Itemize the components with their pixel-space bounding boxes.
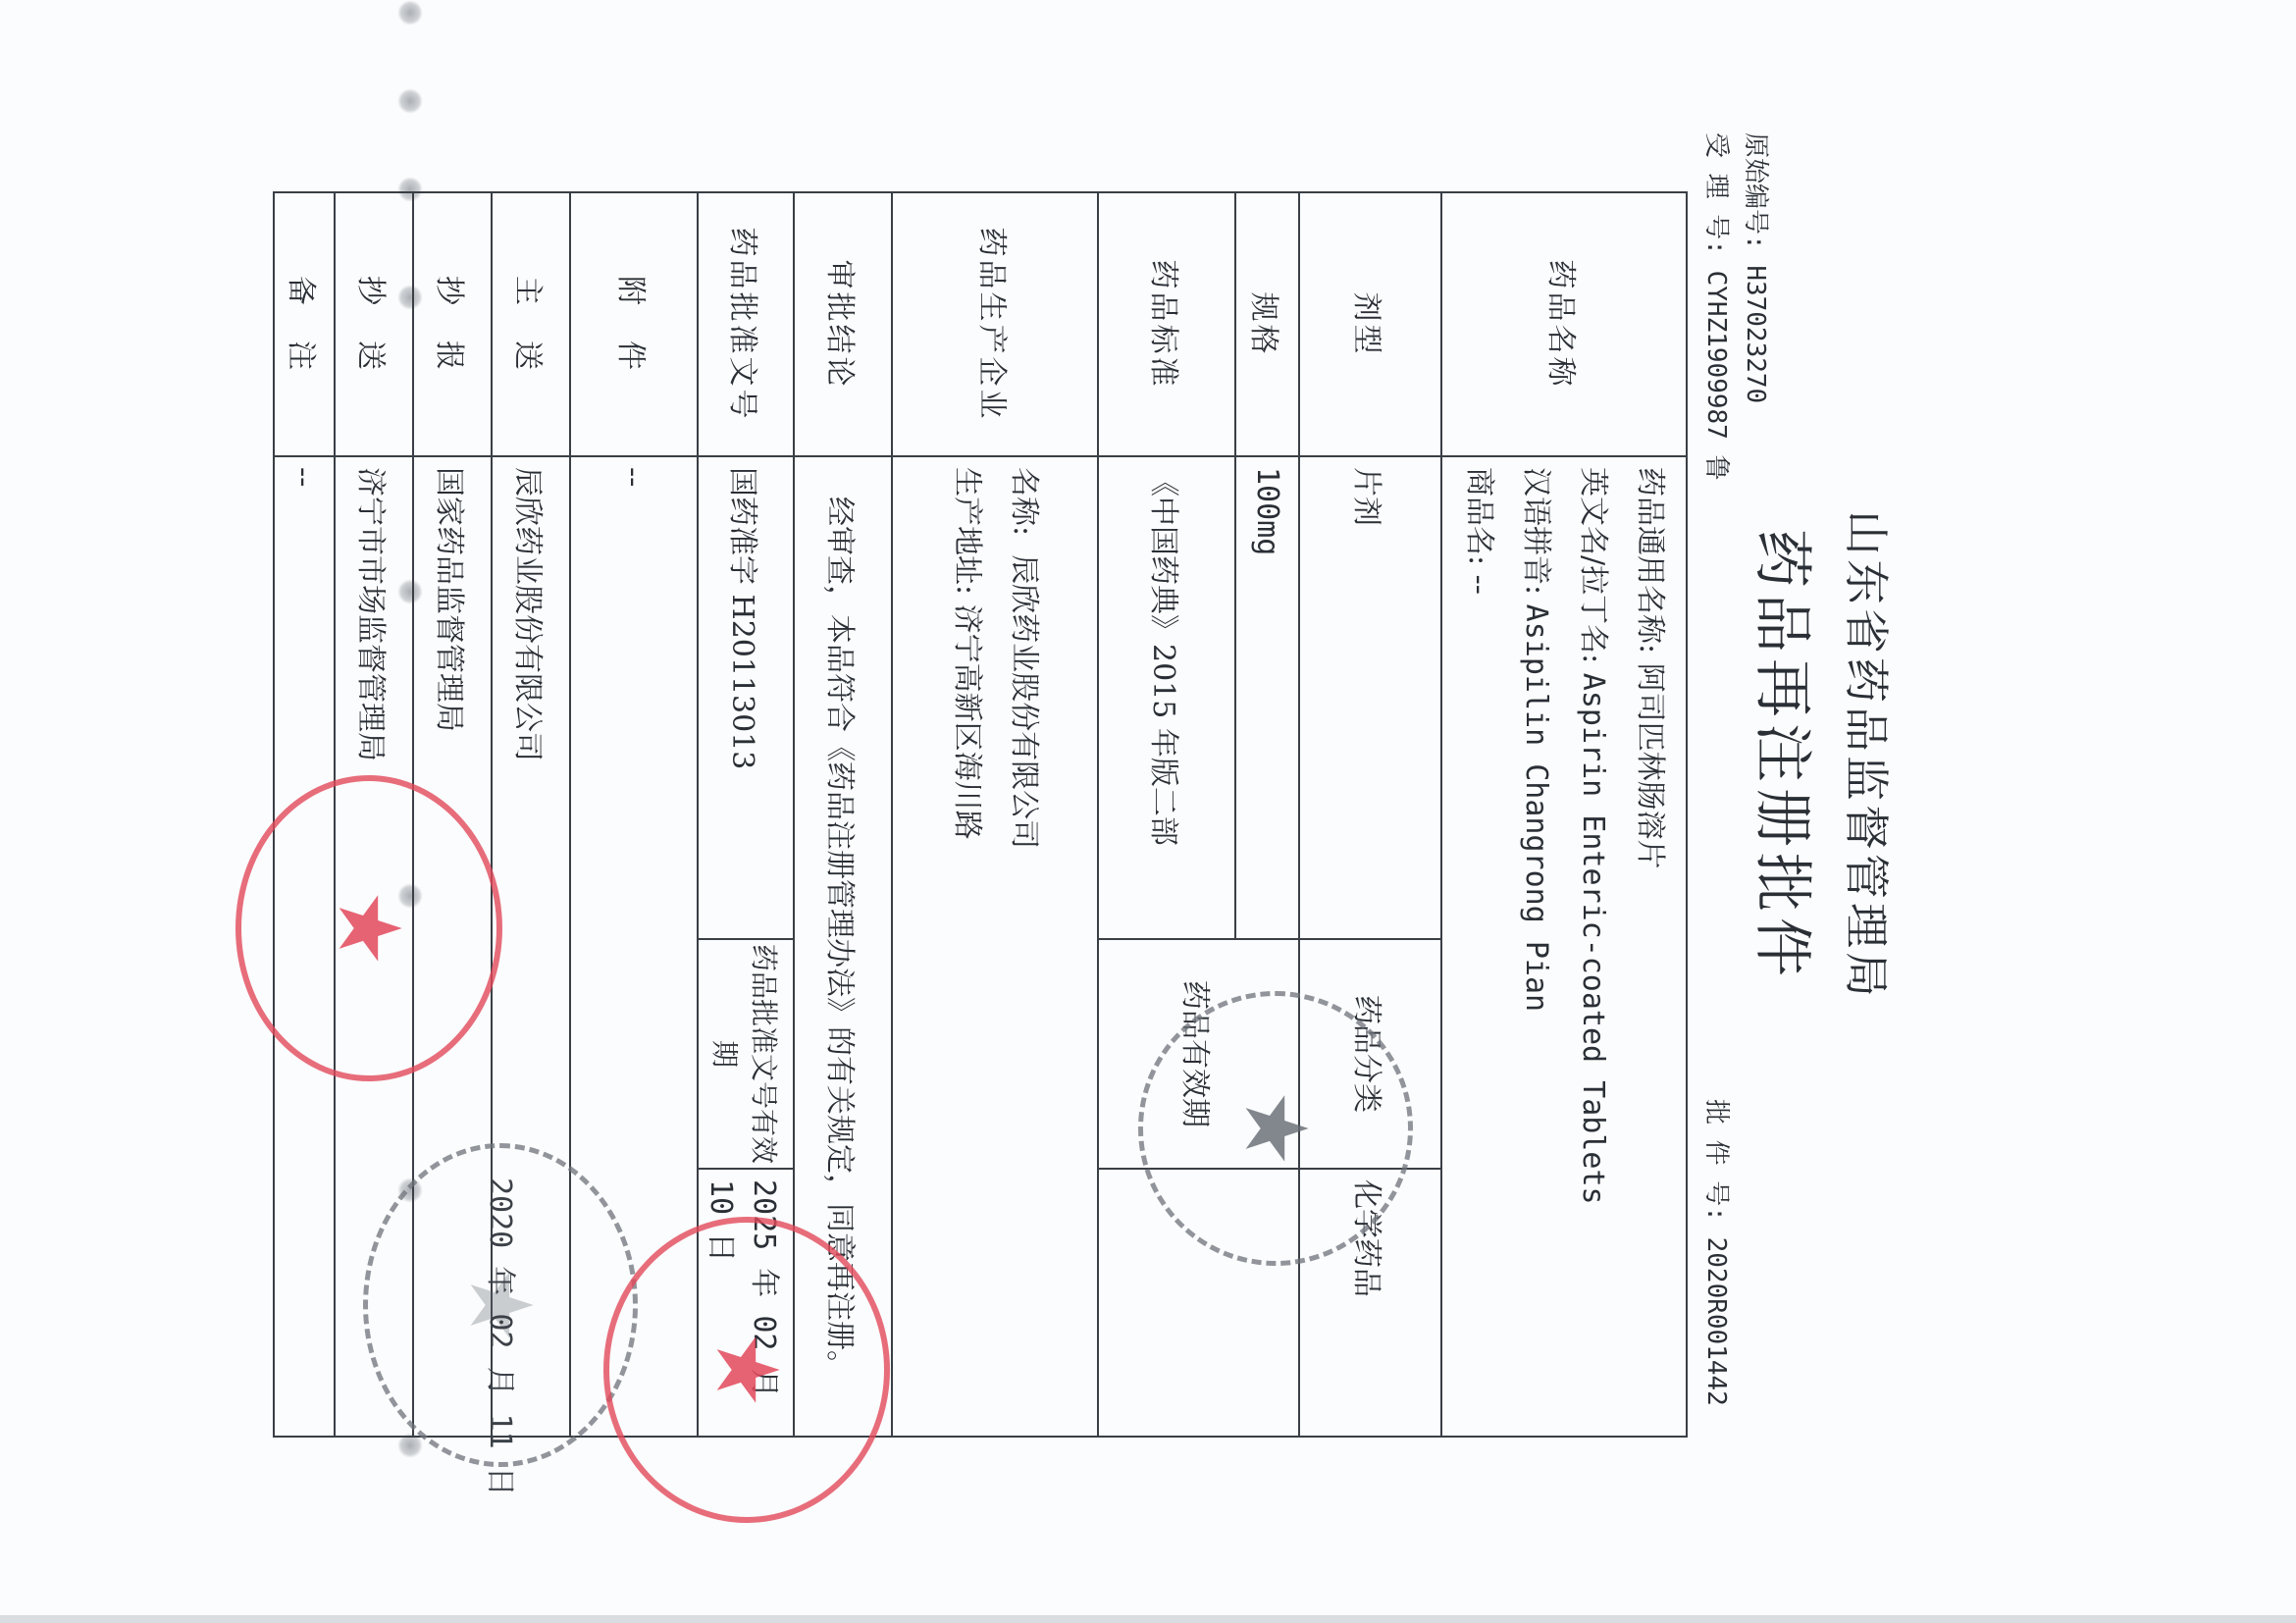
receipt-number: 受 理 号: CYHZ1909987 鲁 (1700, 132, 1737, 480)
agency-name: 山东省药品监督管理局 (1837, 39, 1902, 1472)
label-drug-name: 药品名称 (1441, 192, 1687, 456)
punch-hole-mark (397, 0, 423, 26)
label-attachment: 附 件 (570, 192, 698, 456)
label-approval-number: 药品批准文号 (698, 192, 794, 456)
label-main-recipient: 主 送 (492, 192, 570, 456)
company-seal-stamp: ★ (1138, 991, 1413, 1266)
label-standard: 药品标准 (1098, 192, 1235, 456)
row-drug-name: 药品名称 药品通用名称: 阿司匹林肠溶片 英文名/拉丁名: Aspirin En… (1441, 192, 1687, 1437)
value-dosage-form: 片剂 (1299, 456, 1441, 939)
value-drug-name: 药品通用名称: 阿司匹林肠溶片 英文名/拉丁名: Aspirin Enteric… (1441, 456, 1687, 1437)
row-manufacturer: 药品生产企业 名称: 辰欣药业股份有限公司 生产地址: 济宁高新区海川路 (892, 192, 1098, 1437)
star-icon: ★ (1232, 1090, 1319, 1168)
manufacturer-address: 济宁高新区海川路 (950, 604, 984, 840)
approval-document: 山东省药品监督管理局 药品再注册批件 原始编号: H37023270 受 理 号… (775, 39, 1884, 1472)
label-dosage-form: 剂型 (1299, 192, 1441, 456)
original-number: 原始编号: H37023270 (1740, 132, 1776, 403)
label-remarks: 备 注 (274, 192, 335, 456)
label-conclusion: 审批结论 (794, 192, 892, 456)
punch-hole-mark (397, 88, 423, 114)
manufacturer-name: 辰欣药业股份有限公司 (1007, 554, 1041, 849)
generic-name: 阿司匹林肠溶片 (1633, 663, 1667, 869)
label-approval-validity: 药品批准文号有效期 (698, 939, 794, 1169)
star-icon: ★ (326, 890, 412, 968)
pinyin-name: Asipilin Changrong Pian (1519, 604, 1553, 1012)
batch-number: 批 件 号: 2020R001442 (1700, 1099, 1737, 1406)
value-manufacturer: 名称: 辰欣药业股份有限公司 生产地址: 济宁高新区海川路 (892, 456, 1098, 1437)
label-copied-to: 抄 送 (335, 192, 413, 456)
label-reported-to: 抄 报 (413, 192, 492, 456)
trade-name: -- (1462, 575, 1496, 595)
english-name: Aspirin Enteric-coated Tablets (1576, 673, 1610, 1205)
label-specification: 规格 (1235, 192, 1299, 456)
scan-edge (0, 1615, 2296, 1623)
label-manufacturer: 药品生产企业 (892, 192, 1098, 456)
value-approval-number: 国药准字 H20113013 (698, 456, 794, 939)
value-specification: 100mg (1235, 456, 1299, 939)
seal-date: 2020 年 02 月 11 日 (482, 1178, 525, 1496)
red-seal-stamp-1: ★ (235, 775, 502, 1081)
scanned-page: 山东省药品监督管理局 药品再注册批件 原始编号: H37023270 受 理 号… (0, 0, 2296, 1623)
red-seal-stamp-2: ★ (603, 1217, 890, 1523)
value-standard: 《中国药典》2015 年版二部 (1098, 456, 1235, 939)
star-icon: ★ (704, 1332, 790, 1409)
agency-seal-stamp: ★ 2020 年 02 月 11 日 (363, 1143, 638, 1467)
